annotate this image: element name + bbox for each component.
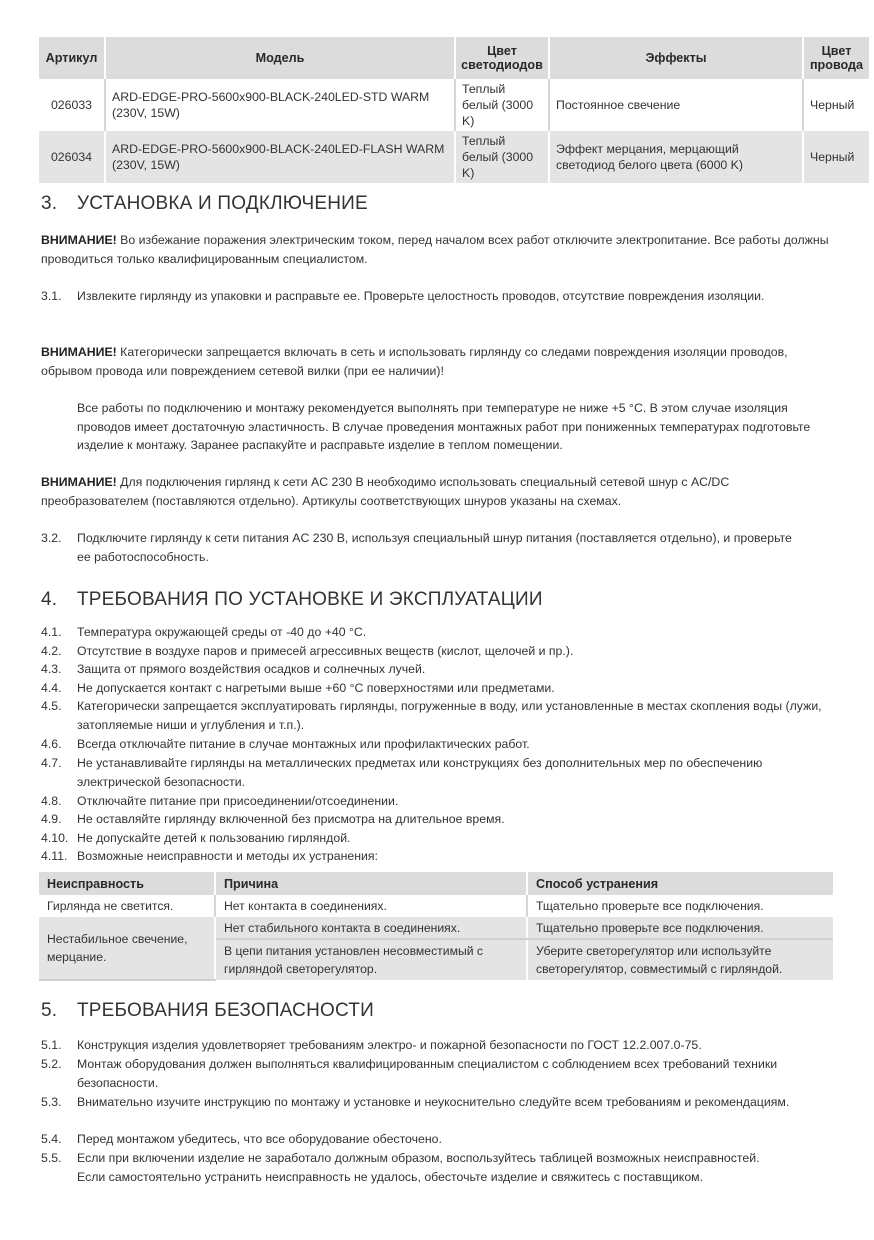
col-model: Модель [105,37,455,79]
item-text: Внимательно изучите инструкцию по монтаж… [41,1093,807,1112]
item-text: Всегда отключайте питание в случае монта… [41,735,831,754]
article-cell: 026033 [39,79,105,131]
item-number: 4.11. [41,847,67,866]
item-number: 4.3. [41,660,62,679]
item-number: 4.4. [41,679,62,698]
list-item: 4.1.Температура окружающей среды от -40 … [41,623,831,642]
col-led-color: Цвет светодиодов [455,37,549,79]
item-text: Конструкция изделия удовлетворяет требов… [41,1036,831,1055]
list-item: 4.8.Отключайте питание при присоединении… [41,792,831,811]
list-item: 3.2. Подключите гирлянду к сети питания … [41,529,831,566]
list-item: 4.7.Не устанавливайте гирлянды на металл… [41,754,831,791]
item-text: Подключите гирлянду к сети питания AC 23… [41,529,797,566]
model-cell: ARD-EDGE-PRO-5600x900-BLACK-240LED-STD W… [105,79,455,131]
list-item: 5.3.Внимательно изучите инструкцию по мо… [41,1093,831,1112]
item-number: 4.10. [41,829,68,848]
table-row: Нестабильное свечение, мерцание. Нет ста… [39,917,833,939]
col-wire-color: Цвет провода [803,37,869,79]
item-text: Защита от прямого воздействия осадков и … [41,660,831,679]
item-number: 5.5. [41,1149,62,1168]
item-number: 4.2. [41,642,62,661]
warning-electric-shock: ВНИМАНИЕ! Во избежание поражения электри… [41,231,831,268]
fix-cell: Тщательно проверьте все подключения. [527,895,833,917]
item-text: Не допускайте детей к пользованию гирлян… [41,829,831,848]
table-row: 026034 ARD-EDGE-PRO-5600x900-BLACK-240LE… [39,131,869,183]
section-5-heading: 5.ТРЕБОВАНИЯ БЕЗОПАСНОСТИ [41,1000,374,1022]
effects-cell: Эффект мерцания, мерцающий светодиод бел… [549,131,803,183]
item-text: Температура окружающей среды от -40 до +… [41,623,831,642]
item-number: 4.6. [41,735,62,754]
wire-color-cell: Черный [803,79,869,131]
list-item: 4.10.Не допускайте детей к пользованию г… [41,829,831,848]
item-text: Не оставляйте гирлянду включенной без пр… [41,810,831,829]
table-row: Гирлянда не светится. Нет контакта в сое… [39,895,833,917]
cause-cell: Нет стабильного контакта в соединениях. [215,917,527,939]
item-text: Не устанавливайте гирлянды на металличес… [41,754,777,791]
col-cause: Причина [215,872,527,895]
item-text: Монтаж оборудования должен выполняться к… [41,1055,831,1092]
list-item: 5.5.Если при включении изделие не зарабо… [41,1149,831,1186]
list-item: 5.1.Конструкция изделия удовлетворяет тр… [41,1036,831,1055]
item-number: 4.5. [41,697,62,716]
temperature-note: Все работы по подключению и монтажу реко… [77,399,827,455]
item-text: Возможные неисправности и методы их устр… [41,847,831,866]
item-number: 3.1. [41,287,62,306]
item-number: 5.3. [41,1093,62,1112]
product-table: Артикул Модель Цвет светодиодов Эффекты … [39,37,869,183]
section-4-heading: 4.ТРЕБОВАНИЯ ПО УСТАНОВКЕ И ЭКСПЛУАТАЦИИ [41,589,543,611]
col-fix: Способ устранения [527,872,833,895]
cause-cell: В цепи питания установлен несовместимый … [215,939,527,980]
item-number: 4.1. [41,623,62,642]
warning-power-cord: ВНИМАНИЕ! Для подключения гирлянд к сети… [41,473,831,510]
item-number: 5.4. [41,1130,62,1149]
list-item: 4.2.Отсутствие в воздухе паров и примесе… [41,642,831,661]
effects-cell: Постоянное свечение [549,79,803,131]
item-text: Перед монтажом убедитесь, что все оборуд… [41,1130,831,1149]
col-article: Артикул [39,37,105,79]
item-number: 5.1. [41,1036,62,1055]
troubleshooting-table: Неисправность Причина Способ устранения … [39,872,833,981]
item-text: Не допускается контакт с нагретыми выше … [41,679,831,698]
col-effects: Эффекты [549,37,803,79]
item-text: Извлеките гирлянду из упаковки и расправ… [41,287,831,306]
item-text: Отсутствие в воздухе паров и примесей аг… [41,642,831,661]
list-item: 5.2.Монтаж оборудования должен выполнять… [41,1055,831,1092]
list-item: 4.5.Категорически запрещается эксплуатир… [41,697,831,734]
warning-label: ВНИМАНИЕ! [41,475,117,489]
fault-cell: Нестабильное свечение, мерцание. [39,917,215,980]
list-item: 4.4.Не допускается контакт с нагретыми в… [41,679,831,698]
led-color-cell: Теплый белый (3000 K) [455,79,549,131]
document-page: Артикул Модель Цвет светодиодов Эффекты … [0,0,874,1240]
item-text: Отключайте питание при присоединении/отс… [41,792,831,811]
led-color-cell: Теплый белый (3000 K) [455,131,549,183]
model-cell: ARD-EDGE-PRO-5600x900-BLACK-240LED-FLASH… [105,131,455,183]
fix-cell: Уберите светорегулятор или используйте с… [527,939,833,980]
list-item: 4.6.Всегда отключайте питание в случае м… [41,735,831,754]
list-item: 5.4.Перед монтажом убедитесь, что все об… [41,1130,831,1149]
item-text: Если при включении изделие не заработало… [41,1149,787,1186]
table-row: 026033 ARD-EDGE-PRO-5600x900-BLACK-240LE… [39,79,869,131]
fault-cell: Гирлянда не светится. [39,895,215,917]
fix-cell: Тщательно проверьте все подключения. [527,917,833,939]
warning-label: ВНИМАНИЕ! [41,345,117,359]
warning-label: ВНИМАНИЕ! [41,233,117,247]
item-text: Категорически запрещается эксплуатироват… [41,697,831,734]
list-item: 4.3.Защита от прямого воздействия осадко… [41,660,831,679]
item-number: 3.2. [41,529,62,548]
item-number: 4.8. [41,792,62,811]
cause-cell: Нет контакта в соединениях. [215,895,527,917]
list-item: 4.9.Не оставляйте гирлянду включенной бе… [41,810,831,829]
item-number: 4.9. [41,810,62,829]
list-item: 4.11.Возможные неисправности и методы их… [41,847,831,866]
col-fault: Неисправность [39,872,215,895]
item-number: 4.7. [41,754,62,773]
section-3-heading: 3.УСТАНОВКА И ПОДКЛЮЧЕНИЕ [41,193,368,215]
wire-color-cell: Черный [803,131,869,183]
product-table-header: Артикул Модель Цвет светодиодов Эффекты … [39,37,869,79]
item-number: 5.2. [41,1055,62,1074]
article-cell: 026034 [39,131,105,183]
troubleshooting-header: Неисправность Причина Способ устранения [39,872,833,895]
warning-damaged-insulation: ВНИМАНИЕ! Категорически запрещается вклю… [41,343,831,380]
list-item: 3.1. Извлеките гирлянду из упаковки и ра… [41,287,831,306]
